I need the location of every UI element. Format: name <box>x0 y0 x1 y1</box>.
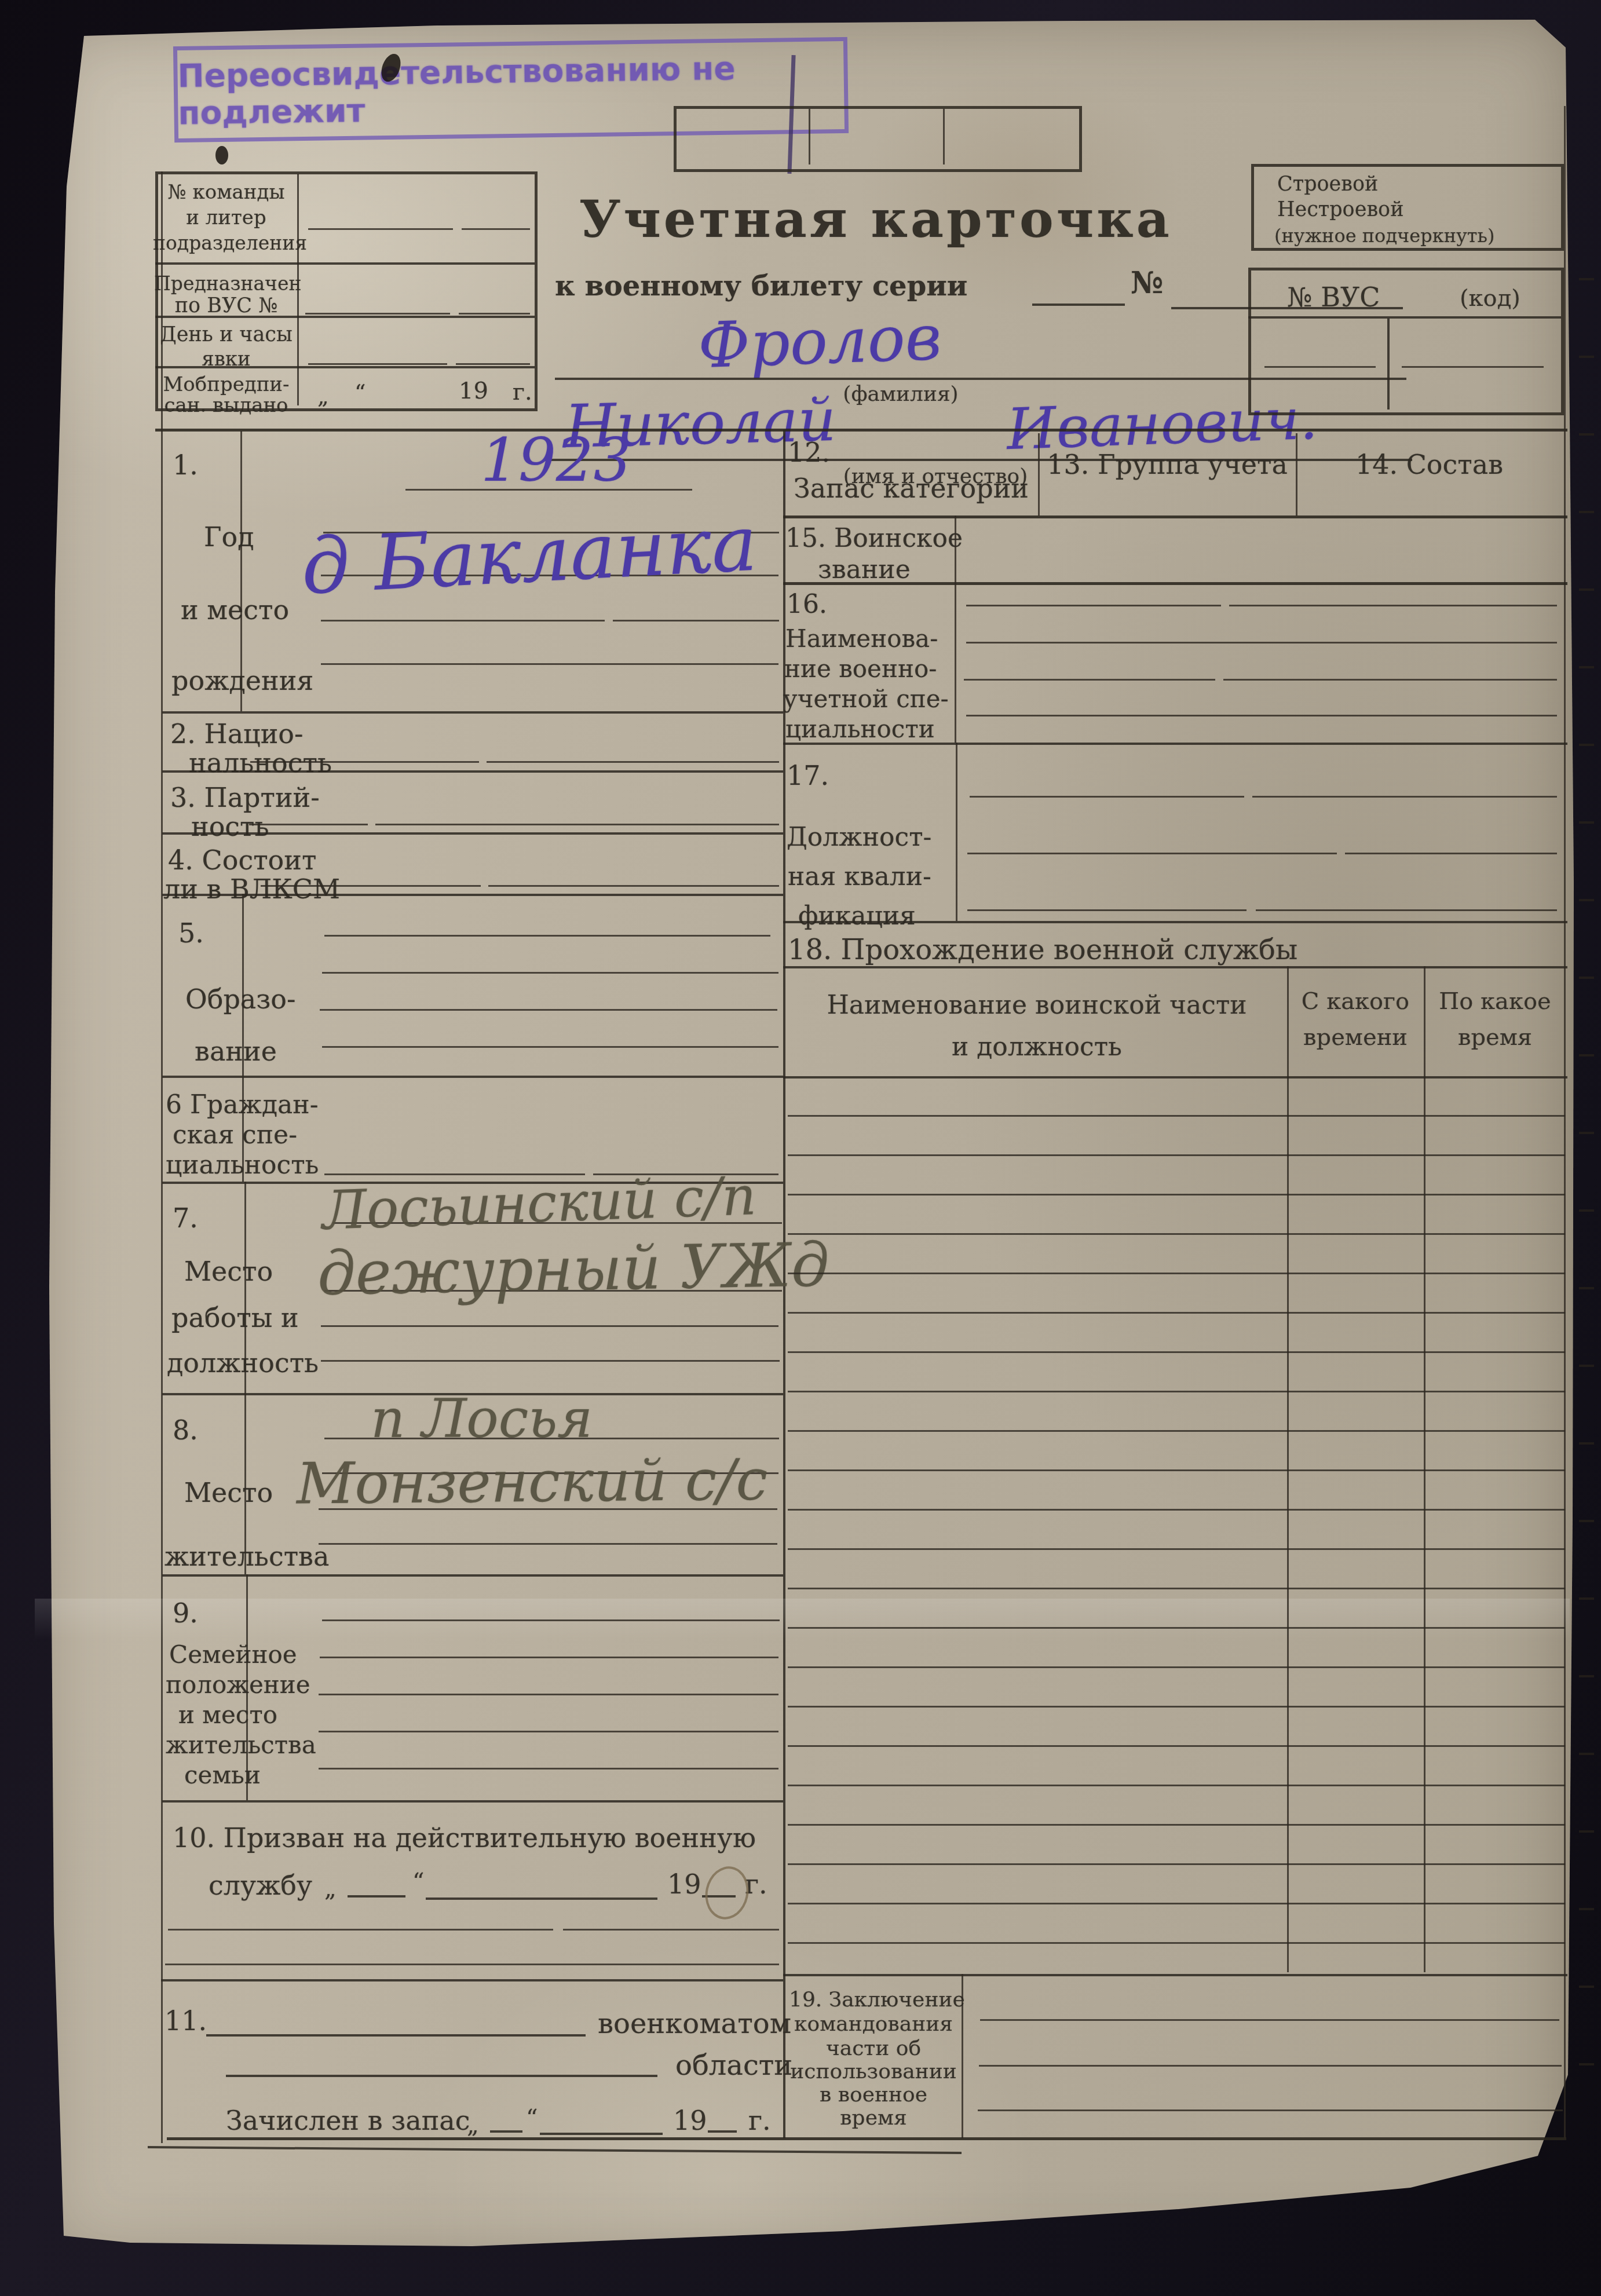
ruled-line <box>250 761 479 763</box>
ruled-line <box>487 761 779 763</box>
card-bottom-border <box>167 2137 1566 2140</box>
ruled-line <box>1223 679 1557 681</box>
blank-line <box>490 2130 522 2133</box>
field-label: Образо- <box>185 984 296 1015</box>
birth-year-handwriting: 1923 <box>481 426 631 495</box>
info-label: явки <box>155 348 297 371</box>
card-title: Учетная карточка <box>579 189 1130 249</box>
blank-line <box>426 1898 657 1900</box>
vus-blank-line <box>1402 366 1544 368</box>
field-label: циальность <box>166 1150 319 1180</box>
info-label: Предназначен <box>154 272 298 295</box>
card-content: Переосвидетельствованию не подлежит № ко… <box>0 0 1601 2296</box>
quote-mark: „ <box>317 383 329 409</box>
info-label: подразделения <box>153 232 298 254</box>
ruled-line <box>165 1964 779 1965</box>
ruled-line <box>978 2109 1563 2111</box>
info-year-suffix: г. <box>513 379 532 405</box>
field-label: жительства <box>165 1541 329 1572</box>
field-number: 8. <box>173 1414 198 1446</box>
field-label: Место <box>184 1256 273 1287</box>
info-label: по ВУС № <box>155 294 297 317</box>
field-label: в военное <box>789 2083 958 2107</box>
field-label: 13. Группа учета <box>1043 449 1292 480</box>
table-header: и должность <box>805 1032 1269 1062</box>
ruled-line <box>319 1543 777 1545</box>
field-text: службу <box>209 1870 312 1901</box>
info-label: Мобпредпи- <box>155 373 297 396</box>
field-label: Год <box>204 521 254 553</box>
label-divider <box>955 582 956 743</box>
ruled-line <box>319 1694 778 1695</box>
info-blank-line <box>462 228 530 230</box>
field-label: Запас категории <box>794 473 1029 504</box>
table-header: Наименование воинской части <box>805 990 1269 1020</box>
edge-ticks <box>1579 278 1594 2074</box>
field-label: и место <box>181 594 289 626</box>
category-option: Строевой <box>1277 173 1378 196</box>
info-year: 19 <box>459 378 488 404</box>
top-box-divider <box>943 109 945 164</box>
field-label: семьи <box>184 1761 261 1789</box>
field-label: фикация <box>798 901 916 931</box>
ruled-line <box>966 605 1221 606</box>
category-caption: (нужное подчеркнуть) <box>1274 225 1494 247</box>
field-separator <box>162 1800 783 1803</box>
ruled-line <box>168 1929 553 1931</box>
field-label: 14. Состав <box>1300 449 1558 480</box>
vus-label: № ВУС <box>1287 281 1380 313</box>
card-bottom-border-second <box>148 2146 962 2154</box>
field-separator <box>161 1979 783 1981</box>
category-option: Нестроевой <box>1277 198 1404 221</box>
field-label: 6 Граждан- <box>166 1090 319 1120</box>
card-subtitle: к военному билету серии <box>555 270 967 302</box>
field-separator <box>162 894 783 896</box>
field-label: положение <box>166 1670 310 1699</box>
field-number: 9. <box>173 1597 198 1629</box>
field-label: ская спе- <box>173 1120 297 1150</box>
field-separator <box>783 515 1567 518</box>
field-number: 11. <box>165 2005 207 2037</box>
table-header: С какого <box>1289 988 1421 1015</box>
field-label: 15. Воинское <box>785 524 963 553</box>
field-label: должность <box>167 1347 319 1379</box>
birth-place-handwriting: д Бакланка <box>299 499 759 612</box>
field-separator <box>162 1076 783 1078</box>
table-top-border <box>783 966 1567 968</box>
info-label: сан. выдано <box>155 394 297 417</box>
ink-spot <box>215 146 228 164</box>
blank-line <box>226 2075 657 2077</box>
field-label: области <box>675 2049 792 2082</box>
field-label: работы и <box>171 1302 299 1333</box>
ruled-line <box>320 1009 777 1011</box>
ruled-line <box>321 663 778 665</box>
blank-line <box>348 1895 405 1898</box>
field-number: 7. <box>173 1202 198 1234</box>
field-label: командования <box>789 2012 958 2036</box>
ruled-line <box>970 796 1244 798</box>
label-divider <box>955 515 956 582</box>
info-row-separator <box>155 262 535 265</box>
ruled-line <box>563 1929 779 1931</box>
field-number: 5. <box>178 917 204 949</box>
quote-mark: „ <box>324 1875 337 1902</box>
label-divider <box>956 743 957 921</box>
info-blank-line <box>308 363 447 365</box>
year-prefix: 19 <box>667 1869 701 1900</box>
field-separator <box>783 921 1567 923</box>
field-label: Зачислен в запас <box>226 2105 470 2136</box>
quote-mark: „ <box>467 2112 479 2138</box>
field-separator <box>783 582 1567 585</box>
ruled-line <box>967 853 1337 854</box>
info-blank-line <box>305 313 450 315</box>
ruled-line <box>320 1657 778 1658</box>
field-label: Место <box>184 1477 273 1508</box>
field-number: 17. <box>787 760 829 791</box>
ruled-line <box>375 824 779 825</box>
top-box-divider <box>809 109 810 164</box>
card-left-border <box>161 171 163 2143</box>
field-label: циальности <box>785 715 935 743</box>
field-separator <box>783 743 1567 745</box>
ruled-line <box>322 1619 780 1621</box>
ruled-line <box>322 972 778 974</box>
field-label: Должност- <box>787 822 931 852</box>
info-blank-line <box>308 228 453 230</box>
field-separator <box>162 1574 783 1577</box>
info-label: и литер <box>155 206 297 229</box>
section-title: 18. Прохождение военной службы <box>788 934 1297 966</box>
field-label: Наименова- <box>785 624 938 653</box>
ruled-line <box>980 2019 1559 2021</box>
ruled-line <box>319 1731 778 1732</box>
field-label: 19. Заключение <box>789 1988 958 2012</box>
ruled-line <box>1229 605 1557 606</box>
ruled-line <box>321 1325 778 1327</box>
ruled-line <box>321 1360 780 1362</box>
field-label: военкоматом <box>598 2008 791 2040</box>
ruled-line <box>261 885 481 887</box>
ruled-line <box>966 642 1557 644</box>
info-blank-line <box>459 313 530 315</box>
work-place-handwriting: Лосьинский с/п <box>321 1165 757 1242</box>
field-label: Семейное <box>169 1640 297 1669</box>
field-label: ная квали- <box>788 862 931 891</box>
ruled-line <box>964 679 1215 681</box>
field-label: 2. Нацио- <box>170 718 304 750</box>
table-header: По какое <box>1425 988 1565 1015</box>
ruled-line <box>322 1046 778 1048</box>
vus-divider <box>1387 319 1390 410</box>
field-label: ние военно- <box>784 655 937 683</box>
ruled-line <box>324 935 770 937</box>
ruled-line <box>249 824 368 825</box>
ruled-line <box>319 1768 778 1769</box>
field-label: 3. Партий- <box>170 782 320 813</box>
field-label: использовании <box>789 2060 958 2083</box>
field-number: 12. <box>788 437 830 468</box>
blank-line <box>708 2130 737 2133</box>
ruled-line <box>979 2065 1562 2067</box>
year-suffix: г. <box>748 2105 771 2136</box>
ruled-line <box>966 715 1557 716</box>
ruled-line <box>321 620 605 621</box>
table-header: время <box>1425 1024 1565 1051</box>
field-label: вание <box>195 1036 277 1067</box>
quote-mark: “ <box>412 1869 424 1895</box>
ruled-line <box>1345 853 1557 854</box>
info-label: День и часы <box>155 323 297 346</box>
number-sign: № <box>1131 265 1164 301</box>
quote-mark: “ <box>526 2105 538 2132</box>
column-divider <box>1038 433 1040 515</box>
ruled-line <box>967 909 1247 911</box>
field-label: время <box>789 2106 958 2130</box>
blank-line <box>540 2133 663 2135</box>
ruled-line <box>1252 796 1557 798</box>
surname-handwriting: Фролов <box>697 302 943 383</box>
field-label: рождения <box>171 665 313 696</box>
info-label: № команды <box>155 181 297 204</box>
year-prefix: 19 <box>673 2105 707 2136</box>
field-label: 4. Состоит <box>168 844 316 876</box>
work-position-handwriting: дежурный УЖд <box>317 1229 830 1308</box>
table-header: времени <box>1289 1024 1421 1051</box>
field-number: 1. <box>173 449 198 481</box>
field-separator <box>162 832 783 835</box>
field-separator <box>783 1974 1567 1976</box>
info-blank-line <box>456 363 530 365</box>
vus-blank-line <box>1264 366 1376 368</box>
field-label: звание <box>818 555 911 584</box>
field-label: ли в ВЛКСМ <box>163 873 340 905</box>
field-separator <box>162 770 783 773</box>
column-divider <box>1296 433 1297 515</box>
residence-handwriting: п Лосья <box>371 1388 593 1450</box>
top-empty-box <box>674 106 1082 172</box>
service-table-rows <box>788 1077 1565 1972</box>
field-label: нальность <box>189 747 332 778</box>
ruled-line <box>488 885 779 887</box>
field-label: части об <box>789 2037 958 2060</box>
quote-mark: “ <box>354 380 365 405</box>
field-label: учетной спе- <box>783 685 949 713</box>
blank-line <box>1032 304 1125 306</box>
ruled-line <box>1256 909 1557 911</box>
field-text: 10. Призван на действительную военную <box>173 1822 756 1853</box>
field-label: ность <box>191 811 269 842</box>
blank-line <box>206 2034 586 2037</box>
vus-header-line <box>1248 316 1561 319</box>
residence-council-handwriting: Монзенский с/с <box>297 1447 768 1517</box>
ruled-line <box>613 620 779 621</box>
field-label: жительства <box>166 1731 316 1759</box>
vus-code-label: (код) <box>1460 285 1520 312</box>
header-separator <box>155 429 1567 432</box>
field-separator <box>162 711 783 714</box>
field-number: 16. <box>787 590 827 619</box>
field-label: и место <box>178 1701 277 1729</box>
